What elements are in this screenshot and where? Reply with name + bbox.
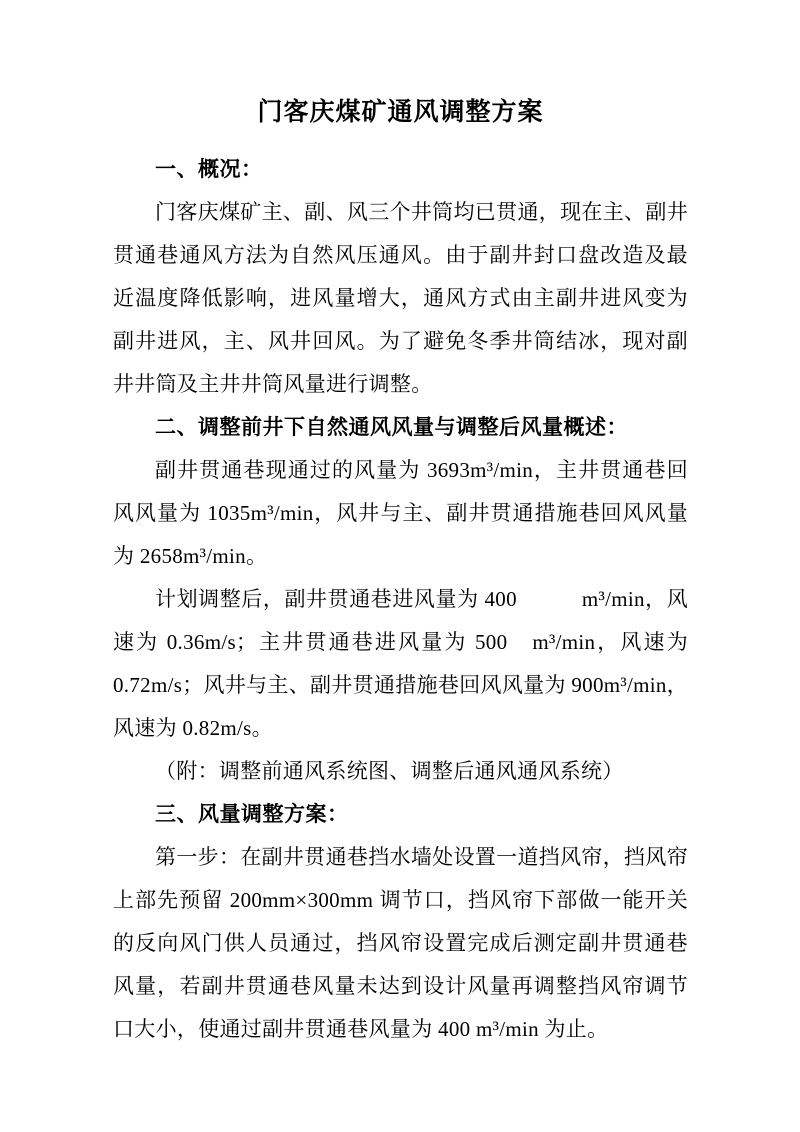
- paragraph-step-one: 第一步：在副井贯通巷挡水墙处设置一道挡风帘，挡风帘上部先预留 200mm×300…: [113, 836, 688, 1051]
- paragraph-planned-airflow: 计划调整后，副井贯通巷进风量为 400 m³/min，风速为 0.36m/s；主…: [113, 578, 688, 750]
- section-heading-overview: 一、概况：: [113, 148, 688, 191]
- paragraph-attachment-note: （附：调整前通风系统图、调整后通风通风系统）: [113, 750, 688, 793]
- paragraph-current-airflow: 副井贯通巷现通过的风量为 3693m³/min，主井贯通巷回风风量为 1035m…: [113, 449, 688, 578]
- section-heading-airflow-summary: 二、调整前井下自然通风风量与调整后风量概述：: [113, 406, 688, 449]
- section-heading-adjustment-plan: 三、风量调整方案：: [113, 793, 688, 836]
- document-title: 门客庆煤矿通风调整方案: [113, 86, 688, 140]
- section-airflow-summary: 二、调整前井下自然通风风量与调整后风量概述： 副井贯通巷现通过的风量为 3693…: [113, 406, 688, 793]
- document-page: 门客庆煤矿通风调整方案 一、概况： 门客庆煤矿主、副、风三个井筒均已贯通，现在主…: [0, 0, 800, 1132]
- paragraph-overview-body: 门客庆煤矿主、副、风三个井筒均已贯通，现在主、副井贯通巷通风方法为自然风压通风。…: [113, 191, 688, 406]
- section-overview: 一、概况： 门客庆煤矿主、副、风三个井筒均已贯通，现在主、副井贯通巷通风方法为自…: [113, 148, 688, 406]
- section-adjustment-plan: 三、风量调整方案： 第一步：在副井贯通巷挡水墙处设置一道挡风帘，挡风帘上部先预留…: [113, 793, 688, 1051]
